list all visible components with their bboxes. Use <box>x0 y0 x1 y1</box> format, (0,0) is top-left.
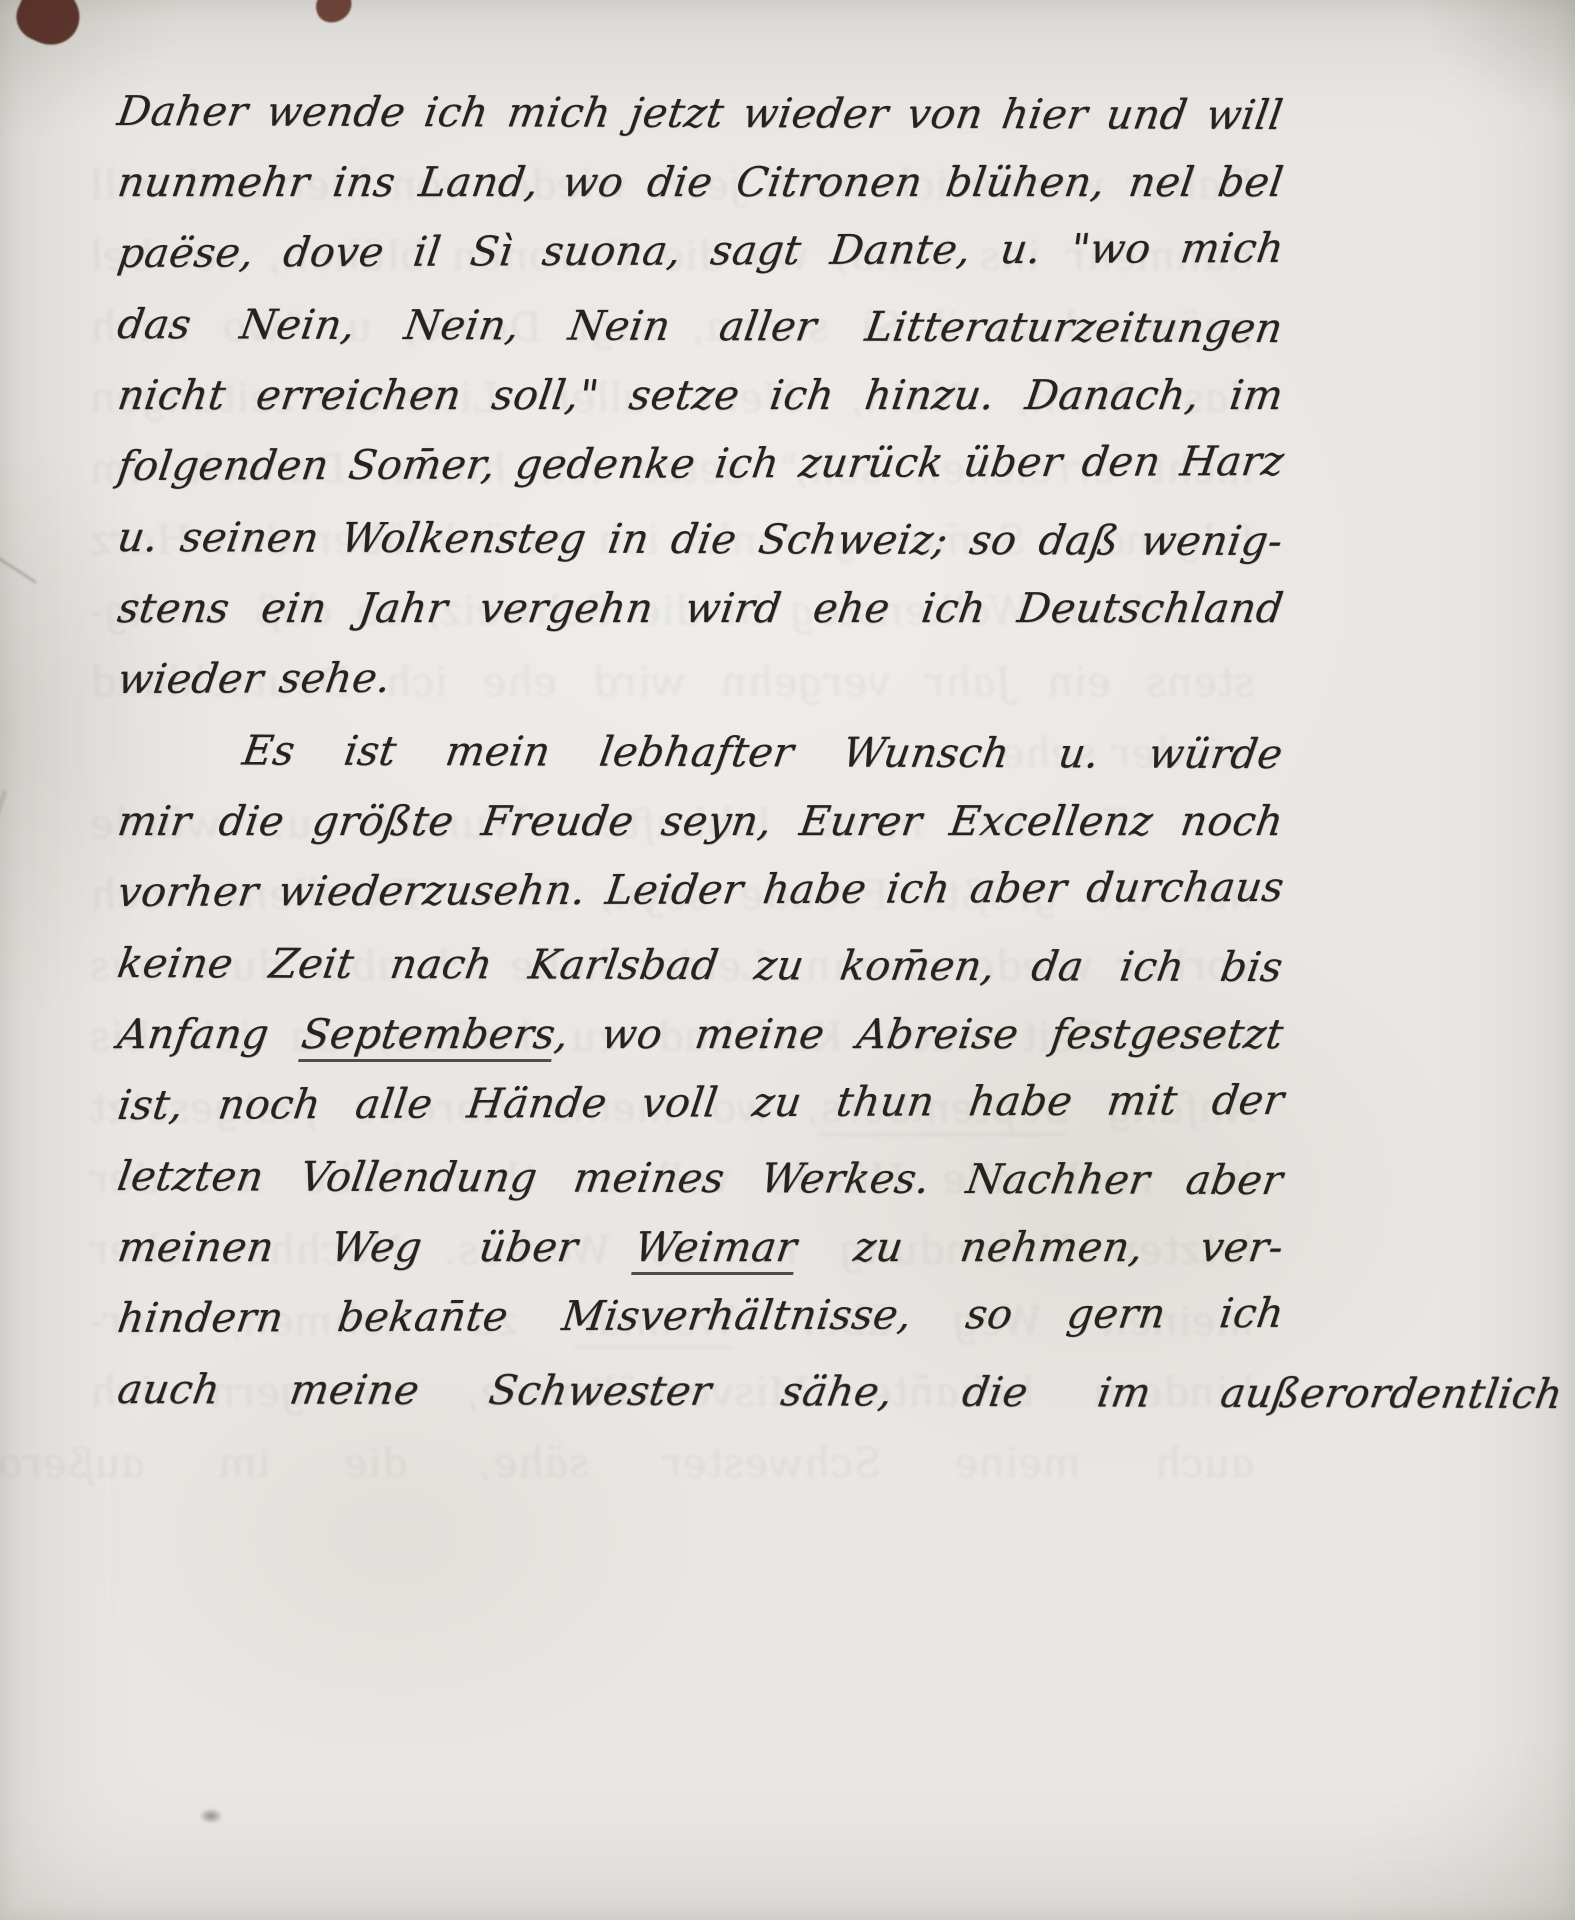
text-segment: nicht erreichen soll," setze ich hinzu. … <box>115 371 1287 419</box>
text-segment: meinen Weg über <box>115 1223 639 1271</box>
text-line: das Nein, Nein, Nein aller Litteraturzei… <box>113 289 1288 364</box>
text-line: auch meine Schwester sähe, die im außero… <box>113 1354 1568 1430</box>
text-line: nicht erreichen soll," setze ich hinzu. … <box>113 360 1288 431</box>
text-segment: Daher wende ich mich jetzt wieder von hi… <box>114 87 1286 139</box>
text-segment: stens ein Jahr vergehn wird ehe ich Deut… <box>115 584 1287 632</box>
text-line: wieder sehe. <box>113 639 1288 715</box>
text-line: hindern bekan̄te Misverhältnisse, so ger… <box>113 1278 1288 1354</box>
text-segment: wieder sehe. <box>115 654 394 703</box>
text-segment: Es ist mein lebhafter Wunsch u. würde <box>239 726 1286 778</box>
ink-stain-top-left <box>9 0 89 54</box>
paper-crease-left-lower <box>0 790 7 896</box>
text-segment: keine Zeit nach Karlsbad zu kom̄en, da i… <box>114 939 1286 991</box>
text-segment: ist, noch alle Hände voll zu thun habe m… <box>115 1076 1287 1129</box>
text-line: meinen Weg über Weimar zu nehmen, ver- <box>113 1212 1288 1283</box>
text-segment: auch meine Schwester sähe, die im außero… <box>0 1439 1258 1487</box>
text-line: Es ist mein lebhafter Wunsch u. würde <box>113 715 1288 790</box>
paper-crease-left-upper <box>0 555 37 584</box>
text-line: keine Zeit nach Karlsbad zu kom̄en, da i… <box>113 928 1288 1003</box>
text-line: Daher wende ich mich jetzt wieder von hi… <box>113 76 1288 151</box>
text-line: nunmehr ins Land, wo die Citronen blühen… <box>113 147 1288 218</box>
text-segment: , wo meine Abreise festgesetzt <box>552 1010 1287 1058</box>
text-segment: paëse, dove il Sì suona, sagt Dante, u. … <box>115 224 1287 277</box>
text-line: stens ein Jahr vergehn wird ehe ich Deut… <box>113 573 1288 644</box>
text-line: mir die größte Freude seyn, Eurer Excell… <box>113 786 1288 857</box>
text-line: folgenden Som̄er, gedenke ich zurück übe… <box>113 426 1288 502</box>
text-segment: auch meine Schwester sähe, die im außero… <box>114 1365 1566 1418</box>
underlined-word: Weimar <box>631 1223 800 1275</box>
text-segment: nunmehr ins Land, wo die Citronen blühen… <box>115 158 1287 206</box>
underlined-word: Septembers <box>298 1010 559 1062</box>
text-segment: folgenden Som̄er, gedenke ich zurück übe… <box>115 437 1287 490</box>
text-line: Anfang Septembers, wo meine Abreise fest… <box>113 999 1288 1070</box>
text-line: vorher wiederzusehn. Leider habe ich abe… <box>113 852 1288 928</box>
handwritten-text-block: Daher wende ich mich jetzt wieder von hi… <box>118 76 1283 1425</box>
text-segment: das Nein, Nein, Nein aller Litteraturzei… <box>114 300 1286 352</box>
text-segment: letzten Vollendung meines Werkes. Nachhe… <box>114 1152 1286 1204</box>
text-line: letzten Vollendung meines Werkes. Nachhe… <box>113 1141 1288 1216</box>
manuscript-page: Daher wende ich mich jetzt wieder von hi… <box>0 0 1575 1920</box>
text-segment: zu nehmen, ver- <box>793 1223 1286 1271</box>
ink-stain-top-center <box>313 0 356 26</box>
text-line: ist, noch alle Hände voll zu thun habe m… <box>113 1065 1288 1141</box>
smudge-bottom-left <box>196 1806 226 1826</box>
text-segment: u. seinen Wolkensteg in die Schweiz; so … <box>114 513 1286 565</box>
text-line: paëse, dove il Sì suona, sagt Dante, u. … <box>113 213 1288 289</box>
text-line: u. seinen Wolkensteg in die Schweiz; so … <box>113 502 1288 577</box>
text-segment: mir die größte Freude seyn, Eurer Excell… <box>115 797 1287 845</box>
text-segment: Anfang <box>115 1010 306 1058</box>
text-segment: hindern bekan̄te Misverhältnisse, so ger… <box>115 1289 1287 1342</box>
text-segment: vorher wiederzusehn. Leider habe ich abe… <box>115 863 1287 916</box>
text-line: auch meine Schwester sähe, die im außero… <box>0 1428 1260 1499</box>
